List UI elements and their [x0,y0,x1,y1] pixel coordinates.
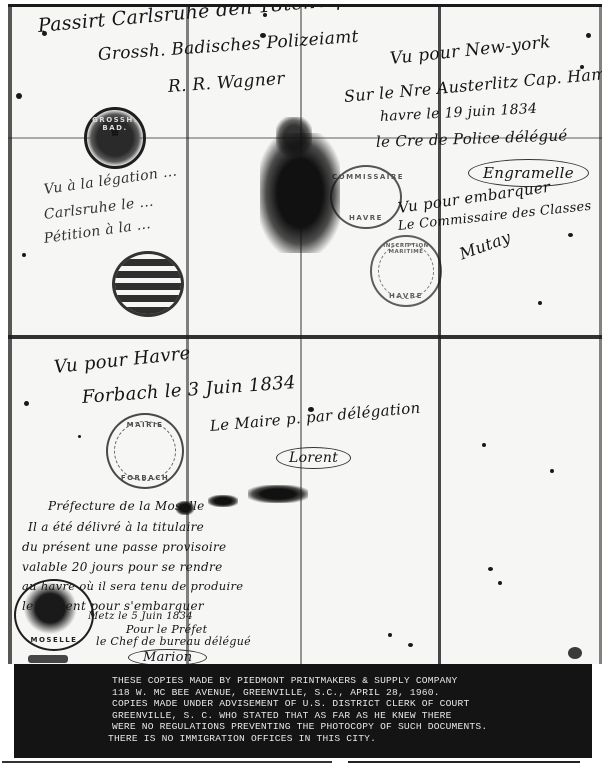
ink-speck [42,31,47,36]
ink-speck [568,233,573,237]
scan-edge-line-left [2,761,332,763]
ink-speck [550,469,554,473]
scan-edge-line-right [348,761,580,763]
visa-bottom-left-line-3: du présent une passe provisoire [22,540,226,554]
signature-lorent: Lorent [276,447,351,469]
ink-speck [16,93,22,99]
ink-speck [78,435,81,438]
ink-speck [488,567,493,571]
visa-top-right-line-2: Sur le Nre Austerlitz Cap. Hamm. [343,62,602,106]
stamp-bottom-text: MOSELLE [16,636,92,644]
visa-lower-left-line-1: Vu pour Havre [53,343,192,378]
stamp-top-text: COMMISSAIRE [332,173,400,181]
visa-top-right-line-1: Vu pour New-york [389,32,552,69]
ink-speck [568,647,582,659]
ink-smear [248,485,308,503]
fold-line-horizontal-2 [8,335,602,339]
ink-speck [498,581,502,585]
havre-police-stamp: COMMISSAIRE HAVRE [330,165,402,229]
ink-speck [586,33,591,38]
signature-mutay: Mutay [457,227,513,263]
visa-top-left-line-3: R. R. Wagner [167,69,285,97]
ink-speck [22,253,26,257]
visa-bottom-left-line-7: Metz le 5 Juin 1834 [88,611,193,622]
ink-smear [28,655,68,663]
notice-line-6: THERE IS NO IMMIGRATION OFFICES IN THIS … [108,733,487,745]
ink-speck [24,401,29,406]
dark-oval-seal [112,251,184,317]
stamp-bottom-text: HAVRE [372,292,440,300]
visa-top-right-line-4: le Cre de Police délégué [376,126,568,151]
ink-speck [408,643,413,647]
visa-bottom-left-line-2: Il a été délivré à la titulaire [28,520,204,534]
visa-top-left-line-2: Grossh. Badisches Polizeiamt [97,27,359,65]
forbach-mairie-stamp: MAIRIE FORBACH [106,413,184,489]
notice-line-2: 118 W. MC BEE AVENUE, GREENVILLE, S.C., … [112,687,487,699]
crown-seal-stamp: ♛ GROSSH. BAD. [84,107,146,169]
passport-document: Passirt Carlsruhe den 18ten April 1834 G… [8,4,602,664]
scanned-page: Passirt Carlsruhe den 18ten April 1834 G… [0,0,606,768]
photocopy-notice-banner: THESE COPIES MADE BY PIEDMONT PRINTMAKER… [14,664,592,758]
stamp-top-text: GROSSH. BAD. [87,116,143,132]
visa-bottom-left-line-4: valable 20 jours pour se rendre [22,560,222,574]
stamp-bottom-text: HAVRE [332,214,400,222]
notice-line-3: COPIES MADE UNDER ADVISEMENT OF U.S. DIS… [112,698,487,710]
ink-speck [263,13,267,17]
ink-speck [388,633,392,637]
ink-speck [538,301,542,305]
moselle-prefecture-stamp: MOSELLE [14,579,94,651]
ink-speck [482,443,486,447]
notice-line-4: GREENVILLE, S. C. WHO STATED THAT AS FAR… [112,710,487,722]
visa-top-right-line-3: havre le 19 juin 1834 [380,101,538,125]
visa-bottom-left-line-1: Préfecture de la Moselle [48,499,205,513]
inscription-maritime-stamp: INSCRIPTION MARITIME HAVRE [370,235,442,307]
stamp-bottom-text: FORBACH [108,474,182,482]
visa-top-left-line-1: Passirt Carlsruhe den 18ten April 1834 [37,4,427,37]
notice-text: THESE COPIES MADE BY PIEDMONT PRINTMAKER… [112,675,487,745]
ink-speck [580,65,584,69]
ink-blot-top [276,117,312,157]
notice-line-5: WERE NO REGULATIONS PREVENTING THE PHOTO… [112,721,487,733]
stamp-top-text: MAIRIE [108,421,182,429]
ink-speck [260,33,266,38]
visa-lower-center-line-1: Le Maire p. par délégation [209,399,421,435]
stamp-top-text: INSCRIPTION MARITIME [372,243,440,255]
ink-smear [208,495,238,507]
ink-speck [308,407,314,412]
notice-line-1: THESE COPIES MADE BY PIEDMONT PRINTMAKER… [112,675,487,687]
visa-bottom-left-line-9: le Chef de bureau délégué [96,635,251,648]
signature-marion: Marion [128,649,207,664]
